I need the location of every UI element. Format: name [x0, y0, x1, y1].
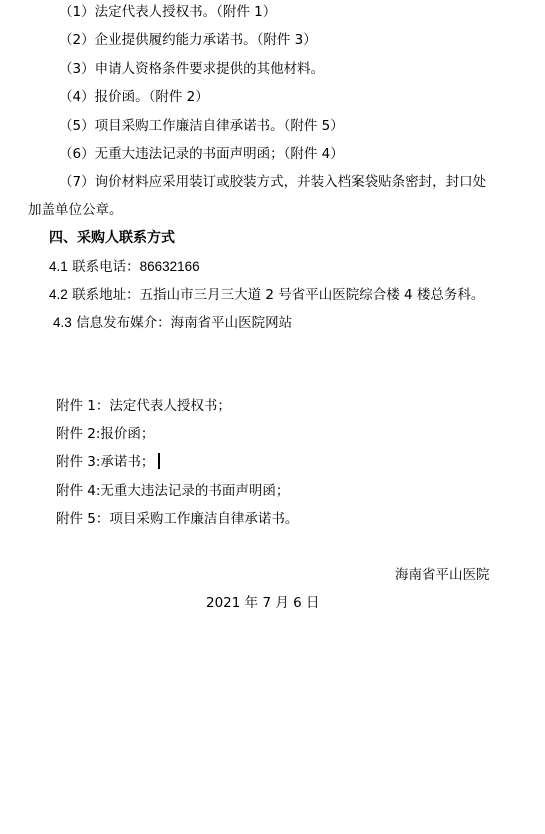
signature-date: 2021 年 7 月 6 日 [206, 594, 320, 612]
requirement-3: （3）申请人资格条件要求提供的其他材料。 [59, 60, 324, 78]
phone-value: 86632166 [140, 259, 200, 274]
contact-address: 4.2 联系地址：五指山市三月三大道 2 号省平山医院综合楼 4 楼总务科。 [49, 286, 484, 304]
requirement-4: （4）报价函。（附件 2） [59, 88, 209, 106]
attachment-1: 附件 1：法定代表人授权书； [56, 397, 231, 415]
requirement-6: （6）无重大违法记录的书面声明函；（附件 4） [59, 145, 344, 163]
attachment-3-text: 附件 3:承诺书； [56, 454, 154, 470]
address-prefix: 4.2 [49, 287, 68, 302]
section-heading: 四、采购人联系方式 [49, 229, 175, 247]
requirement-2: （2）企业提供履约能力承诺书。（附件 3） [59, 31, 317, 49]
phone-label: 联系电话： [72, 259, 140, 275]
text-cursor [158, 453, 160, 469]
address-label: 联系地址： [72, 287, 140, 303]
media-value: 海南省平山医院网站 [171, 315, 293, 331]
contact-media: 4.3 信息发布媒介：海南省平山医院网站 [53, 314, 292, 332]
attachment-4: 附件 4:无重大违法记录的书面声明函； [56, 482, 289, 500]
attachment-3: 附件 3:承诺书； [56, 453, 160, 471]
address-value: 五指山市三月三大道 2 号省平山医院综合楼 4 楼总务科。 [140, 287, 485, 303]
requirement-5: （5）项目采购工作廉洁自律承诺书。（附件 5） [59, 117, 344, 135]
media-prefix: 4.3 [53, 315, 72, 330]
media-label: 信息发布媒介： [76, 315, 171, 331]
attachment-2: 附件 2:报价函； [56, 425, 154, 443]
phone-prefix: 4.1 [49, 259, 68, 274]
requirement-7: （7）询价材料应采用装订或胶装方式，并装入档案袋贴条密封，封口处 [59, 173, 486, 191]
contact-phone: 4.1 联系电话：86632166 [49, 258, 200, 276]
attachment-5: 附件 5：项目采购工作廉洁自律承诺书。 [56, 510, 298, 528]
requirement-7-cont: 加盖单位公章。 [28, 201, 123, 219]
signature-org: 海南省平山医院 [395, 566, 490, 584]
requirement-1: （1）法定代表人授权书。（附件 1） [59, 3, 276, 21]
